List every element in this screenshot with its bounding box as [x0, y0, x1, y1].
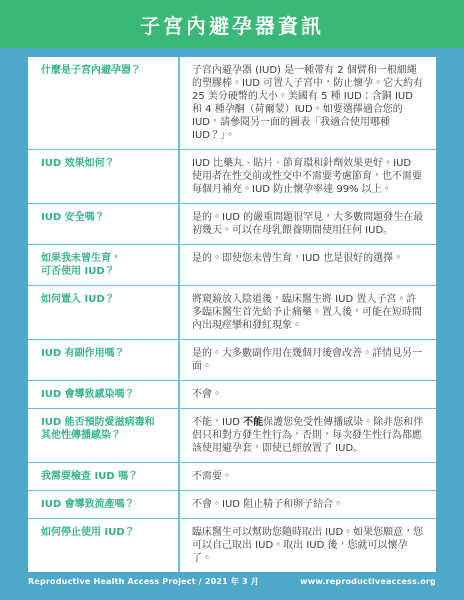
question-cell: IUD 安全嗎？ — [28, 204, 180, 244]
answer-cell: 不會。IUD 阻止精子和卵子結合。 — [180, 491, 436, 518]
question-cell: 什麼是子宮內避孕器？ — [28, 57, 180, 149]
page-footer: Reproductive Health Access Project / 202… — [28, 576, 436, 587]
answer-cell: 不需要。 — [180, 463, 436, 490]
question-cell: 我需要檢查 IUD 嗎？ — [28, 463, 180, 490]
faq-row: IUD 效果如何？IUD 比藥丸、貼片、節育環和針劑效果更好。IUD 使用者在性… — [28, 149, 436, 203]
page-header: 子宮內避孕器資訊 — [0, 0, 464, 48]
footer-website-link[interactable]: www.reproductiveaccess.org — [300, 577, 436, 586]
answer-cell: 是的。大多數副作用在幾個月後會改善。詳情見另一面。 — [180, 340, 436, 380]
question-cell: IUD 效果如何？ — [28, 150, 180, 203]
faq-row: 如何置入 IUD？將窺鏡放入陰道後，臨床醫生將 IUD 置入子宮。許多臨床醫生首… — [28, 285, 436, 339]
faq-row: 如何停止使用 IUD？臨床醫生可以幫助您隨時取出 IUD。如果您願意，您可以自己… — [28, 518, 436, 572]
footer-organization: Reproductive Health Access Project / 202… — [28, 576, 259, 587]
page-title: 子宮內避孕器資訊 — [140, 10, 324, 39]
question-cell: IUD 能否預防愛滋病毒和 其他性傳播感染？ — [28, 409, 180, 462]
answer-cell: 是的。即使您未曾生育，IUD 也是很好的選擇。 — [180, 245, 436, 285]
faq-table: 什麼是子宮內避孕器？子宮內避孕器 (IUD) 是一種帶有 2 個臂和一根細繩的塑… — [28, 57, 436, 572]
question-cell: IUD 會導致流產嗎？ — [28, 491, 180, 518]
faq-row: 什麼是子宮內避孕器？子宮內避孕器 (IUD) 是一種帶有 2 個臂和一根細繩的塑… — [28, 57, 436, 149]
faq-row: IUD 能否預防愛滋病毒和 其他性傳播感染？不能，IUD 不能保護您免受性傳播感… — [28, 408, 436, 462]
answer-cell: 臨床醫生可以幫助您隨時取出 IUD。如果您願意，您可以自己取出 IUD。取出 I… — [180, 519, 436, 572]
faq-row: IUD 會導致感染嗎？不會。 — [28, 380, 436, 408]
answer-cell: IUD 比藥丸、貼片、節育環和針劑效果更好。IUD 使用者在性交前或性交中不需要… — [180, 150, 436, 203]
faq-row: IUD 安全嗎？是的。IUD 的嚴重問題很罕見，大多數問題發生在最初幾天。可以在… — [28, 203, 436, 244]
question-cell: IUD 會導致感染嗎？ — [28, 381, 180, 408]
answer-cell: 是的。IUD 的嚴重問題很罕見，大多數問題發生在最初幾天。可以在母乳餵養期間使用… — [180, 204, 436, 244]
answer-cell: 子宮內避孕器 (IUD) 是一種帶有 2 個臂和一根細繩的塑膠棒。IUD 可置入… — [180, 57, 436, 149]
answer-cell: 將窺鏡放入陰道後，臨床醫生將 IUD 置入子宮。許多臨床醫生首先給予止痛藥。置入… — [180, 286, 436, 339]
answer-cell: 不能，IUD 不能保護您免受性傳播感染。除非您和伴侶只和對方發生性行為，否則，每… — [180, 409, 436, 462]
faq-row: 如果我未曾生育， 可否使用 IUD？是的。即使您未曾生育，IUD 也是很好的選擇… — [28, 244, 436, 285]
answer-cell: 不會。 — [180, 381, 436, 408]
question-cell: 如何置入 IUD？ — [28, 286, 180, 339]
faq-row: IUD 會導致流產嗎？不會。IUD 阻止精子和卵子結合。 — [28, 490, 436, 518]
faq-row: 我需要檢查 IUD 嗎？不需要。 — [28, 462, 436, 490]
question-cell: 如何停止使用 IUD？ — [28, 519, 180, 572]
question-cell: IUD 有副作用嗎？ — [28, 340, 180, 380]
faq-row: IUD 有副作用嗎？是的。大多數副作用在幾個月後會改善。詳情見另一面。 — [28, 339, 436, 380]
question-cell: 如果我未曾生育， 可否使用 IUD？ — [28, 245, 180, 285]
